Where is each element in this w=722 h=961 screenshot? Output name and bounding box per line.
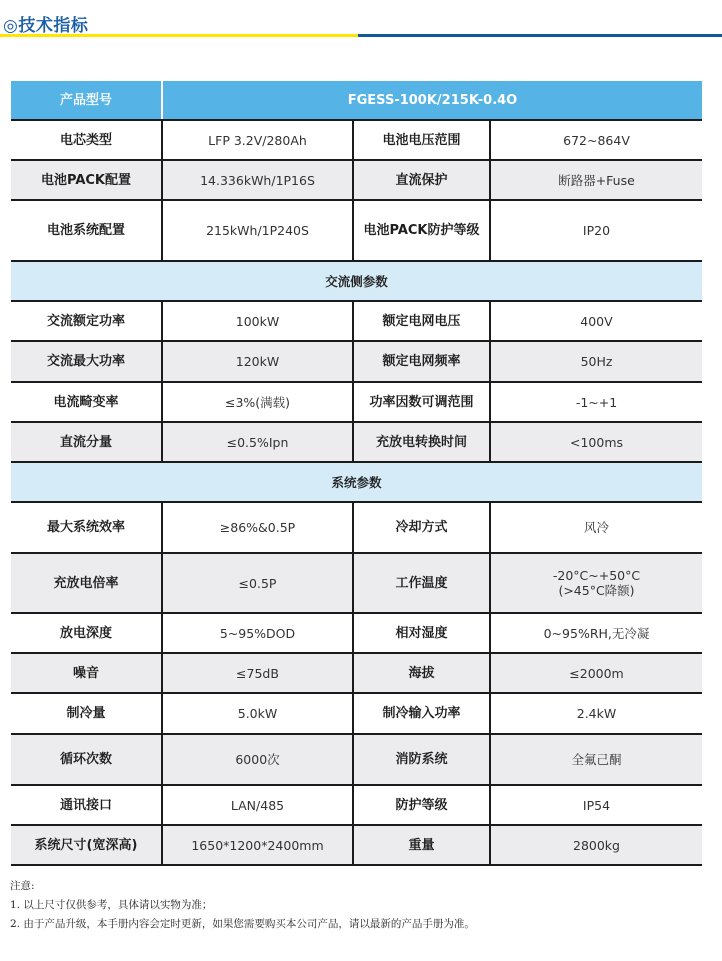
param-label: 电芯类型 <box>11 121 163 159</box>
param-value: 215kWh/1P240S <box>163 201 354 260</box>
param-value: -20°C~+50°C (>45°C降额) <box>491 554 702 612</box>
param-value: 断路器+Fuse <box>491 161 702 199</box>
table-row: 电流畸变率 ≤3%(满载) 功率因数可调范围 -1~+1 <box>11 383 702 423</box>
model-label: 产品型号 <box>11 81 163 119</box>
model-value: FGESS-100K/215K-0.4O <box>163 81 702 119</box>
param-label: 重量 <box>354 826 491 864</box>
param-value: LAN/485 <box>163 786 354 824</box>
param-value: -1~+1 <box>491 383 702 421</box>
table-row: 电池PACK配置 14.336kWh/1P16S 直流保护 断路器+Fuse <box>11 161 702 201</box>
param-value: 风冷 <box>491 503 702 552</box>
table-row: 直流分量 ≤0.5%Ipn 充放电转换时间 <100ms <box>11 423 702 463</box>
title-underline-blue <box>358 34 722 37</box>
param-label: 消防系统 <box>354 735 491 784</box>
section-row-system: 系统参数 <box>11 463 702 503</box>
param-value: 全氟己酮 <box>491 735 702 784</box>
table-row: 最大系统效率 ≥86%&0.5P 冷却方式 风冷 <box>11 503 702 554</box>
param-value: 6000次 <box>163 735 354 784</box>
param-label: 放电深度 <box>11 614 163 652</box>
param-label: 循环次数 <box>11 735 163 784</box>
table-row: 系统尺寸(宽深高) 1650*1200*2400mm 重量 2800kg <box>11 826 702 866</box>
param-value: ≤3%(满载) <box>163 383 354 421</box>
param-value: 14.336kWh/1P16S <box>163 161 354 199</box>
table-row: 噪音 ≤75dB 海拔 ≤2000m <box>11 654 702 694</box>
param-value: ≤2000m <box>491 654 702 692</box>
param-label: 电池电压范围 <box>354 121 491 159</box>
param-value: LFP 3.2V/280Ah <box>163 121 354 159</box>
param-label: 直流保护 <box>354 161 491 199</box>
param-value-line1: -20°C~+50°C <box>553 568 640 583</box>
param-label: 冷却方式 <box>354 503 491 552</box>
param-value: 50Hz <box>491 342 702 381</box>
param-label: 通讯接口 <box>11 786 163 824</box>
param-value: ≤0.5P <box>163 554 354 612</box>
param-label: 功率因数可调范围 <box>354 383 491 421</box>
note-item: 1. 以上尺寸仅供参考，具体请以实物为准； <box>10 896 475 915</box>
param-value: IP54 <box>491 786 702 824</box>
section-title: ◎技术指标 <box>3 11 88 36</box>
notes: 注意: 1. 以上尺寸仅供参考，具体请以实物为准； 2. 由于产品升级，本手册内… <box>10 877 475 934</box>
param-label: 充放电倍率 <box>11 554 163 612</box>
param-label: 电流畸变率 <box>11 383 163 421</box>
table-row: 充放电倍率 ≤0.5P 工作温度 -20°C~+50°C (>45°C降额) <box>11 554 702 614</box>
param-label: 工作温度 <box>354 554 491 612</box>
param-value: ≥86%&0.5P <box>163 503 354 552</box>
param-label: 制冷量 <box>11 694 163 733</box>
param-value: ≤0.5%Ipn <box>163 423 354 461</box>
param-label: 交流额定功率 <box>11 302 163 340</box>
section-header: ◎技术指标 <box>0 0 722 40</box>
param-value: 5~95%DOD <box>163 614 354 652</box>
param-value: IP20 <box>491 201 702 260</box>
section-title-ac: 交流侧参数 <box>11 262 702 300</box>
table-row: 电池系统配置 215kWh/1P240S 电池PACK防护等级 IP20 <box>11 201 702 262</box>
param-label: 额定电网电压 <box>354 302 491 340</box>
note-item: 2. 由于产品升级，本手册内容会定时更新，如果您需要购买本公司产品，请以最新的产… <box>10 915 475 934</box>
param-value: ≤75dB <box>163 654 354 692</box>
table-row: 放电深度 5~95%DOD 相对湿度 0~95%RH,无冷凝 <box>11 614 702 654</box>
table-row: 制冷量 5.0kW 制冷输入功率 2.4kW <box>11 694 702 735</box>
param-value: 5.0kW <box>163 694 354 733</box>
param-label: 电池PACK配置 <box>11 161 163 199</box>
table-row: 循环次数 6000次 消防系统 全氟己酮 <box>11 735 702 786</box>
section-row-ac: 交流侧参数 <box>11 262 702 302</box>
param-value: 400V <box>491 302 702 340</box>
param-value: 0~95%RH,无冷凝 <box>491 614 702 652</box>
param-value-line2: (>45°C降额) <box>558 583 634 598</box>
param-label: 海拔 <box>354 654 491 692</box>
param-label: 防护等级 <box>354 786 491 824</box>
section-title-system: 系统参数 <box>11 463 702 501</box>
param-label: 噪音 <box>11 654 163 692</box>
param-value: 1650*1200*2400mm <box>163 826 354 864</box>
param-label: 充放电转换时间 <box>354 423 491 461</box>
param-label: 交流最大功率 <box>11 342 163 381</box>
table-row: 交流额定功率 100kW 额定电网电压 400V <box>11 302 702 342</box>
param-value: <100ms <box>491 423 702 461</box>
table-header-row: 产品型号 FGESS-100K/215K-0.4O <box>11 81 702 121</box>
param-label: 电池PACK防护等级 <box>354 201 491 260</box>
param-value: 2.4kW <box>491 694 702 733</box>
table-row: 交流最大功率 120kW 额定电网频率 50Hz <box>11 342 702 383</box>
param-value: 120kW <box>163 342 354 381</box>
table-row: 通讯接口 LAN/485 防护等级 IP54 <box>11 786 702 826</box>
param-label: 相对湿度 <box>354 614 491 652</box>
param-label: 额定电网频率 <box>354 342 491 381</box>
param-value: 2800kg <box>491 826 702 864</box>
param-label: 最大系统效率 <box>11 503 163 552</box>
param-value: 100kW <box>163 302 354 340</box>
spec-table: 产品型号 FGESS-100K/215K-0.4O 电芯类型 LFP 3.2V/… <box>11 81 702 866</box>
table-row: 电芯类型 LFP 3.2V/280Ah 电池电压范围 672~864V <box>11 121 702 161</box>
param-label: 制冷输入功率 <box>354 694 491 733</box>
param-label: 系统尺寸(宽深高) <box>11 826 163 864</box>
title-underline-yellow <box>0 34 358 37</box>
param-label: 电池系统配置 <box>11 201 163 260</box>
notes-heading: 注意: <box>10 877 475 896</box>
param-label: 直流分量 <box>11 423 163 461</box>
param-value: 672~864V <box>491 121 702 159</box>
